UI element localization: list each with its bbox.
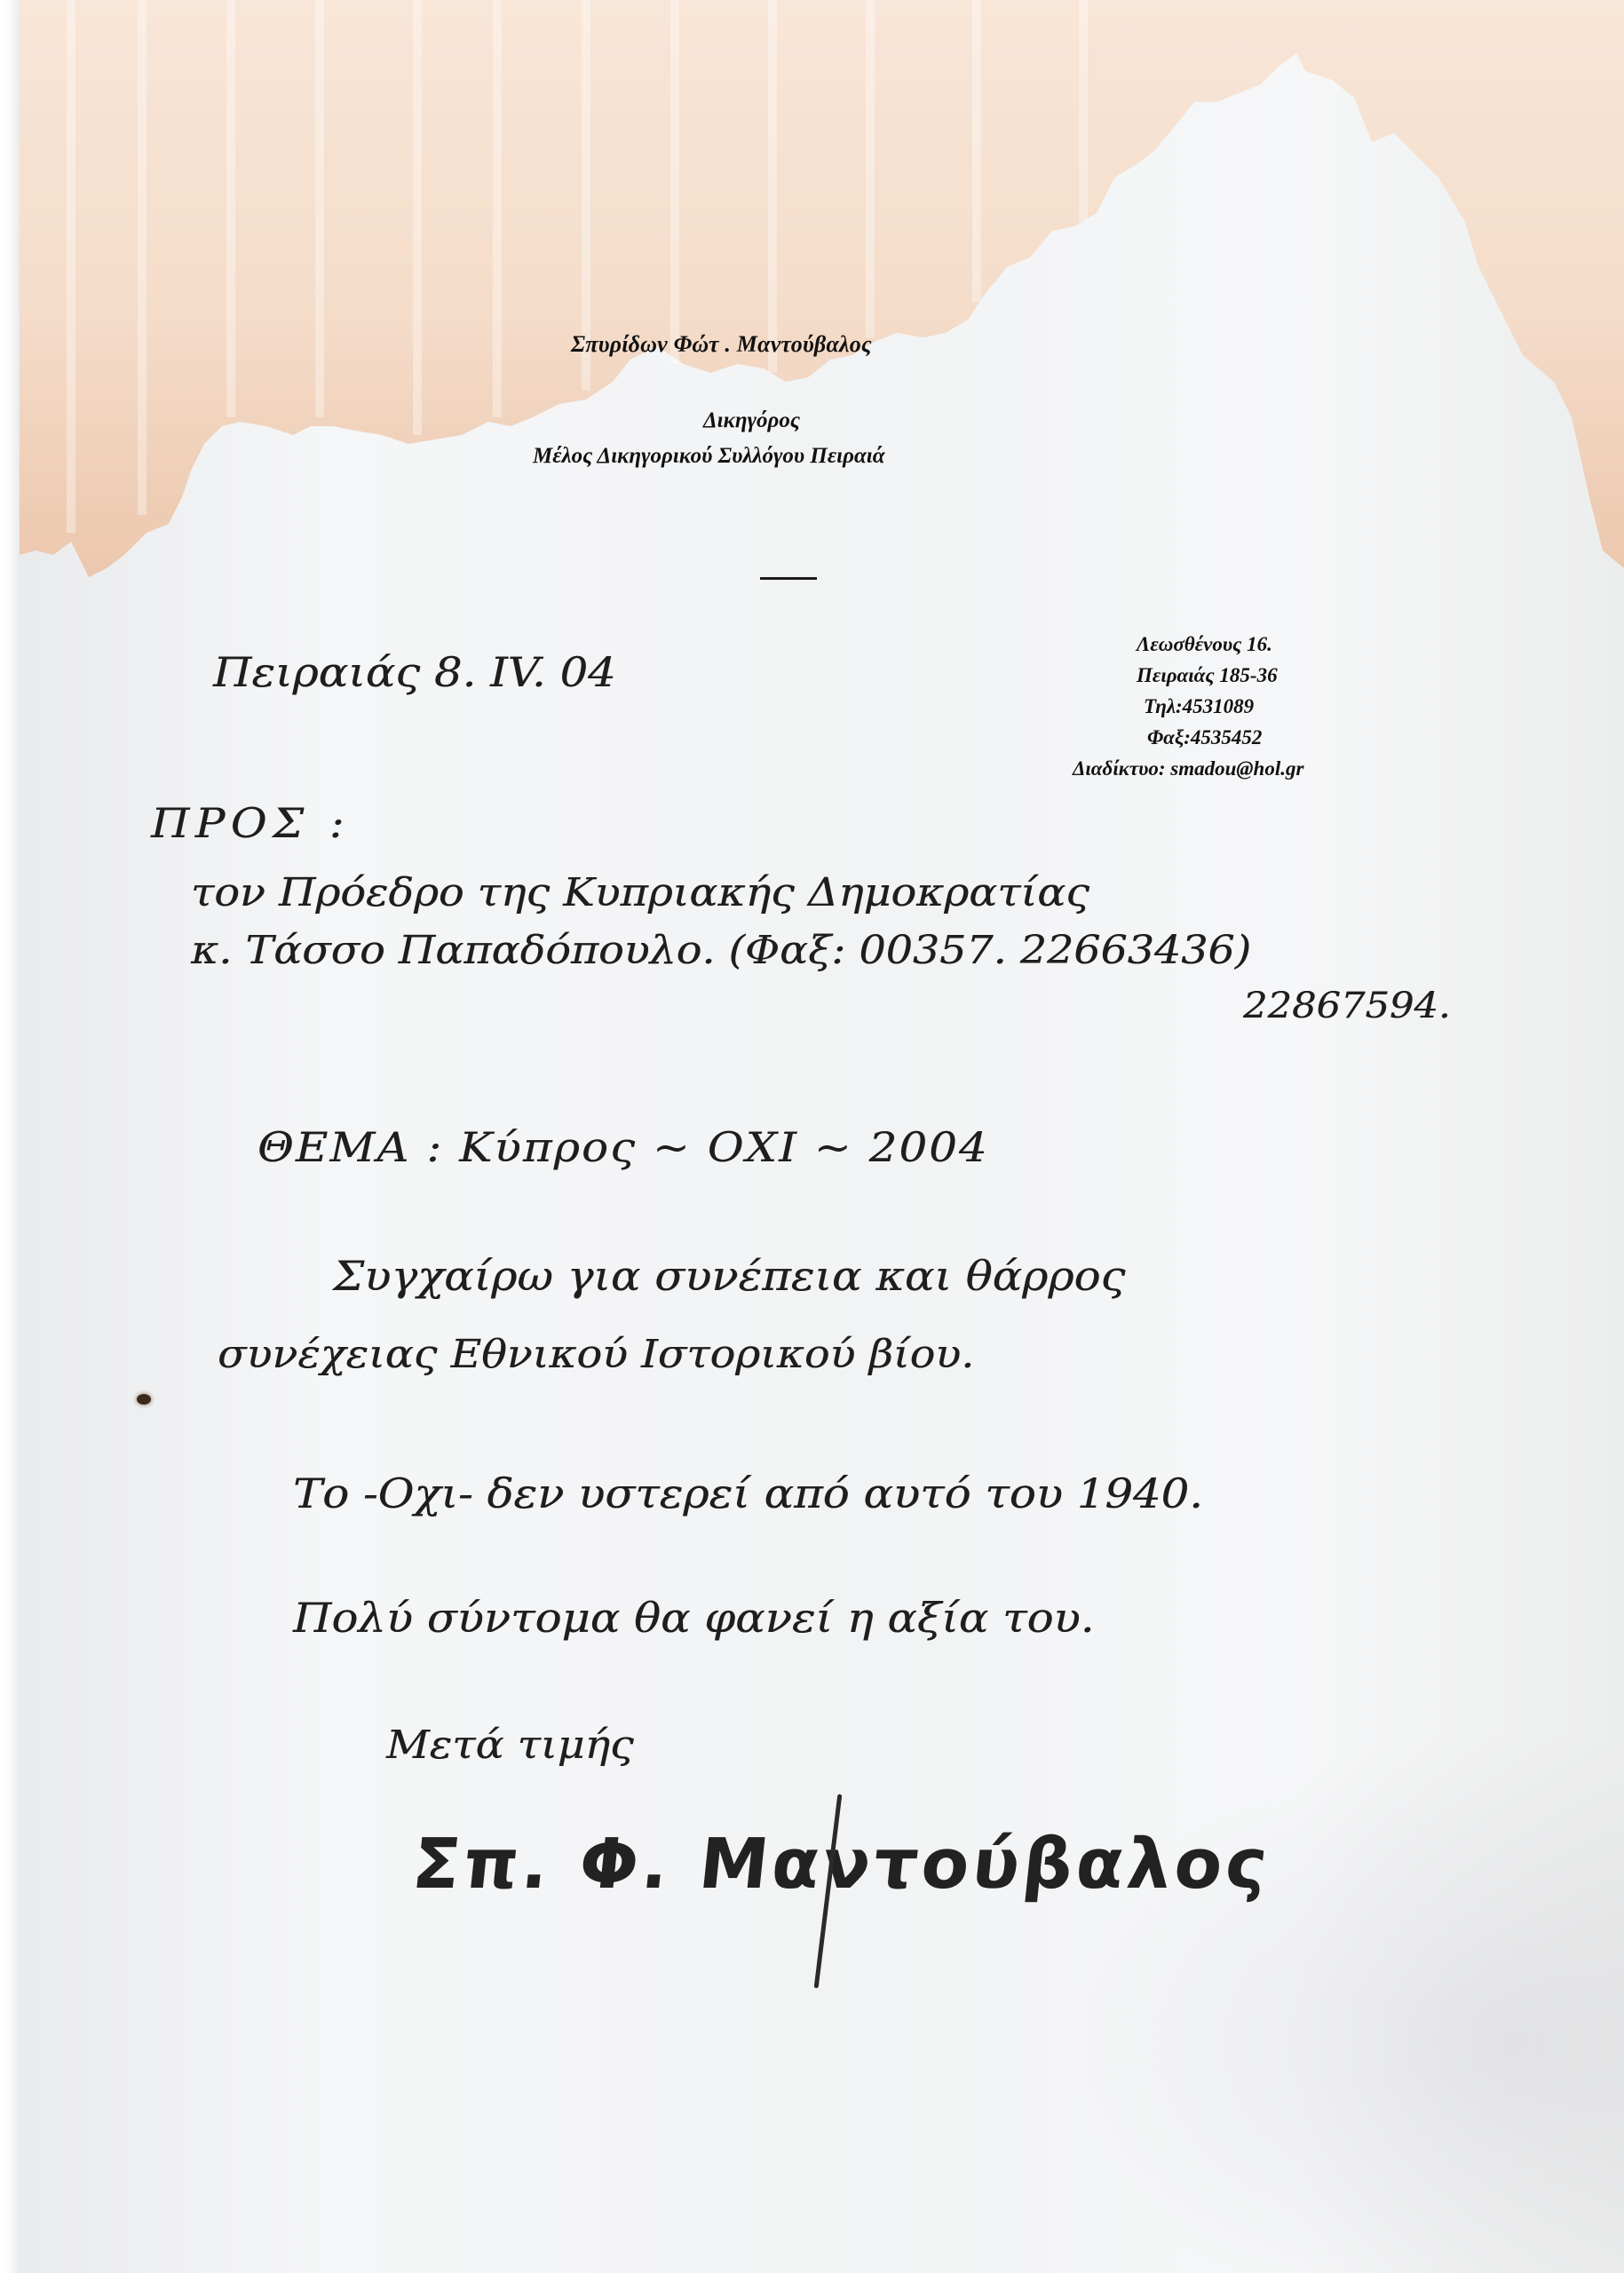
address-block: Λεωσθένους 16. Πειραιάς 185-36 Τηλ:45310…	[1066, 629, 1303, 784]
place-date: Πειραιάς 8. IV. 04	[213, 648, 616, 696]
letterhead-title: Δικηγόρος	[703, 408, 800, 433]
letterhead-membership: Μέλος Δικηγορικού Συλλόγου Πειραιά	[533, 444, 885, 469]
body-line-2: συνέχειας Εθνικού Ιστορικού βίου.	[218, 1332, 974, 1377]
address-fax: Φαξ:4535452	[1066, 722, 1303, 753]
recipient-label: ΠΡΟΣ :	[151, 799, 350, 847]
water-stain	[0, 0, 1624, 639]
address-email: Διαδίκτυο: smadou@hol.gr	[1066, 753, 1303, 784]
body-line-3: Το -Οχι- δεν υστερεί από αυτό του 1940.	[293, 1469, 1203, 1517]
body-line-4: Πολύ σύντομα θα φανεί η αξία του.	[293, 1594, 1094, 1642]
letterhead-name: Σπυρίδων Φώτ . Μαντούβαλος	[571, 331, 872, 358]
closing: Μετά τιμής	[386, 1723, 634, 1768]
body-line-1: Συγχαίρω για συνέπεια και θάρρος	[333, 1252, 1125, 1300]
letterhead-separator	[760, 577, 817, 580]
recipient-line-1: τον Πρόεδρο της Κυπριακής Δημοκρατίας	[191, 870, 1089, 915]
address-street: Λεωσθένους 16.	[1066, 629, 1303, 660]
scanned-letter-page: Σπυρίδων Φώτ . Μαντούβαλος Δικηγόρος Μέλ…	[0, 0, 1624, 2273]
address-phone: Τηλ:4531089	[1066, 691, 1303, 722]
address-city: Πειραιάς 185-36	[1066, 660, 1303, 691]
recipient-line-2: κ. Τάσσο Παπαδόπουλο. (Φαξ: 00357. 22663…	[191, 928, 1251, 973]
recipient-fax-alt: 22867594.	[1243, 986, 1451, 1026]
signature: Σπ. Φ. Μαντούβαλος	[408, 1825, 1274, 1905]
subject-line: ΘΕΜΑ : Κύπρος ~ ΟΧΙ ~ 2004	[257, 1123, 989, 1171]
ink-spot	[137, 1394, 151, 1405]
